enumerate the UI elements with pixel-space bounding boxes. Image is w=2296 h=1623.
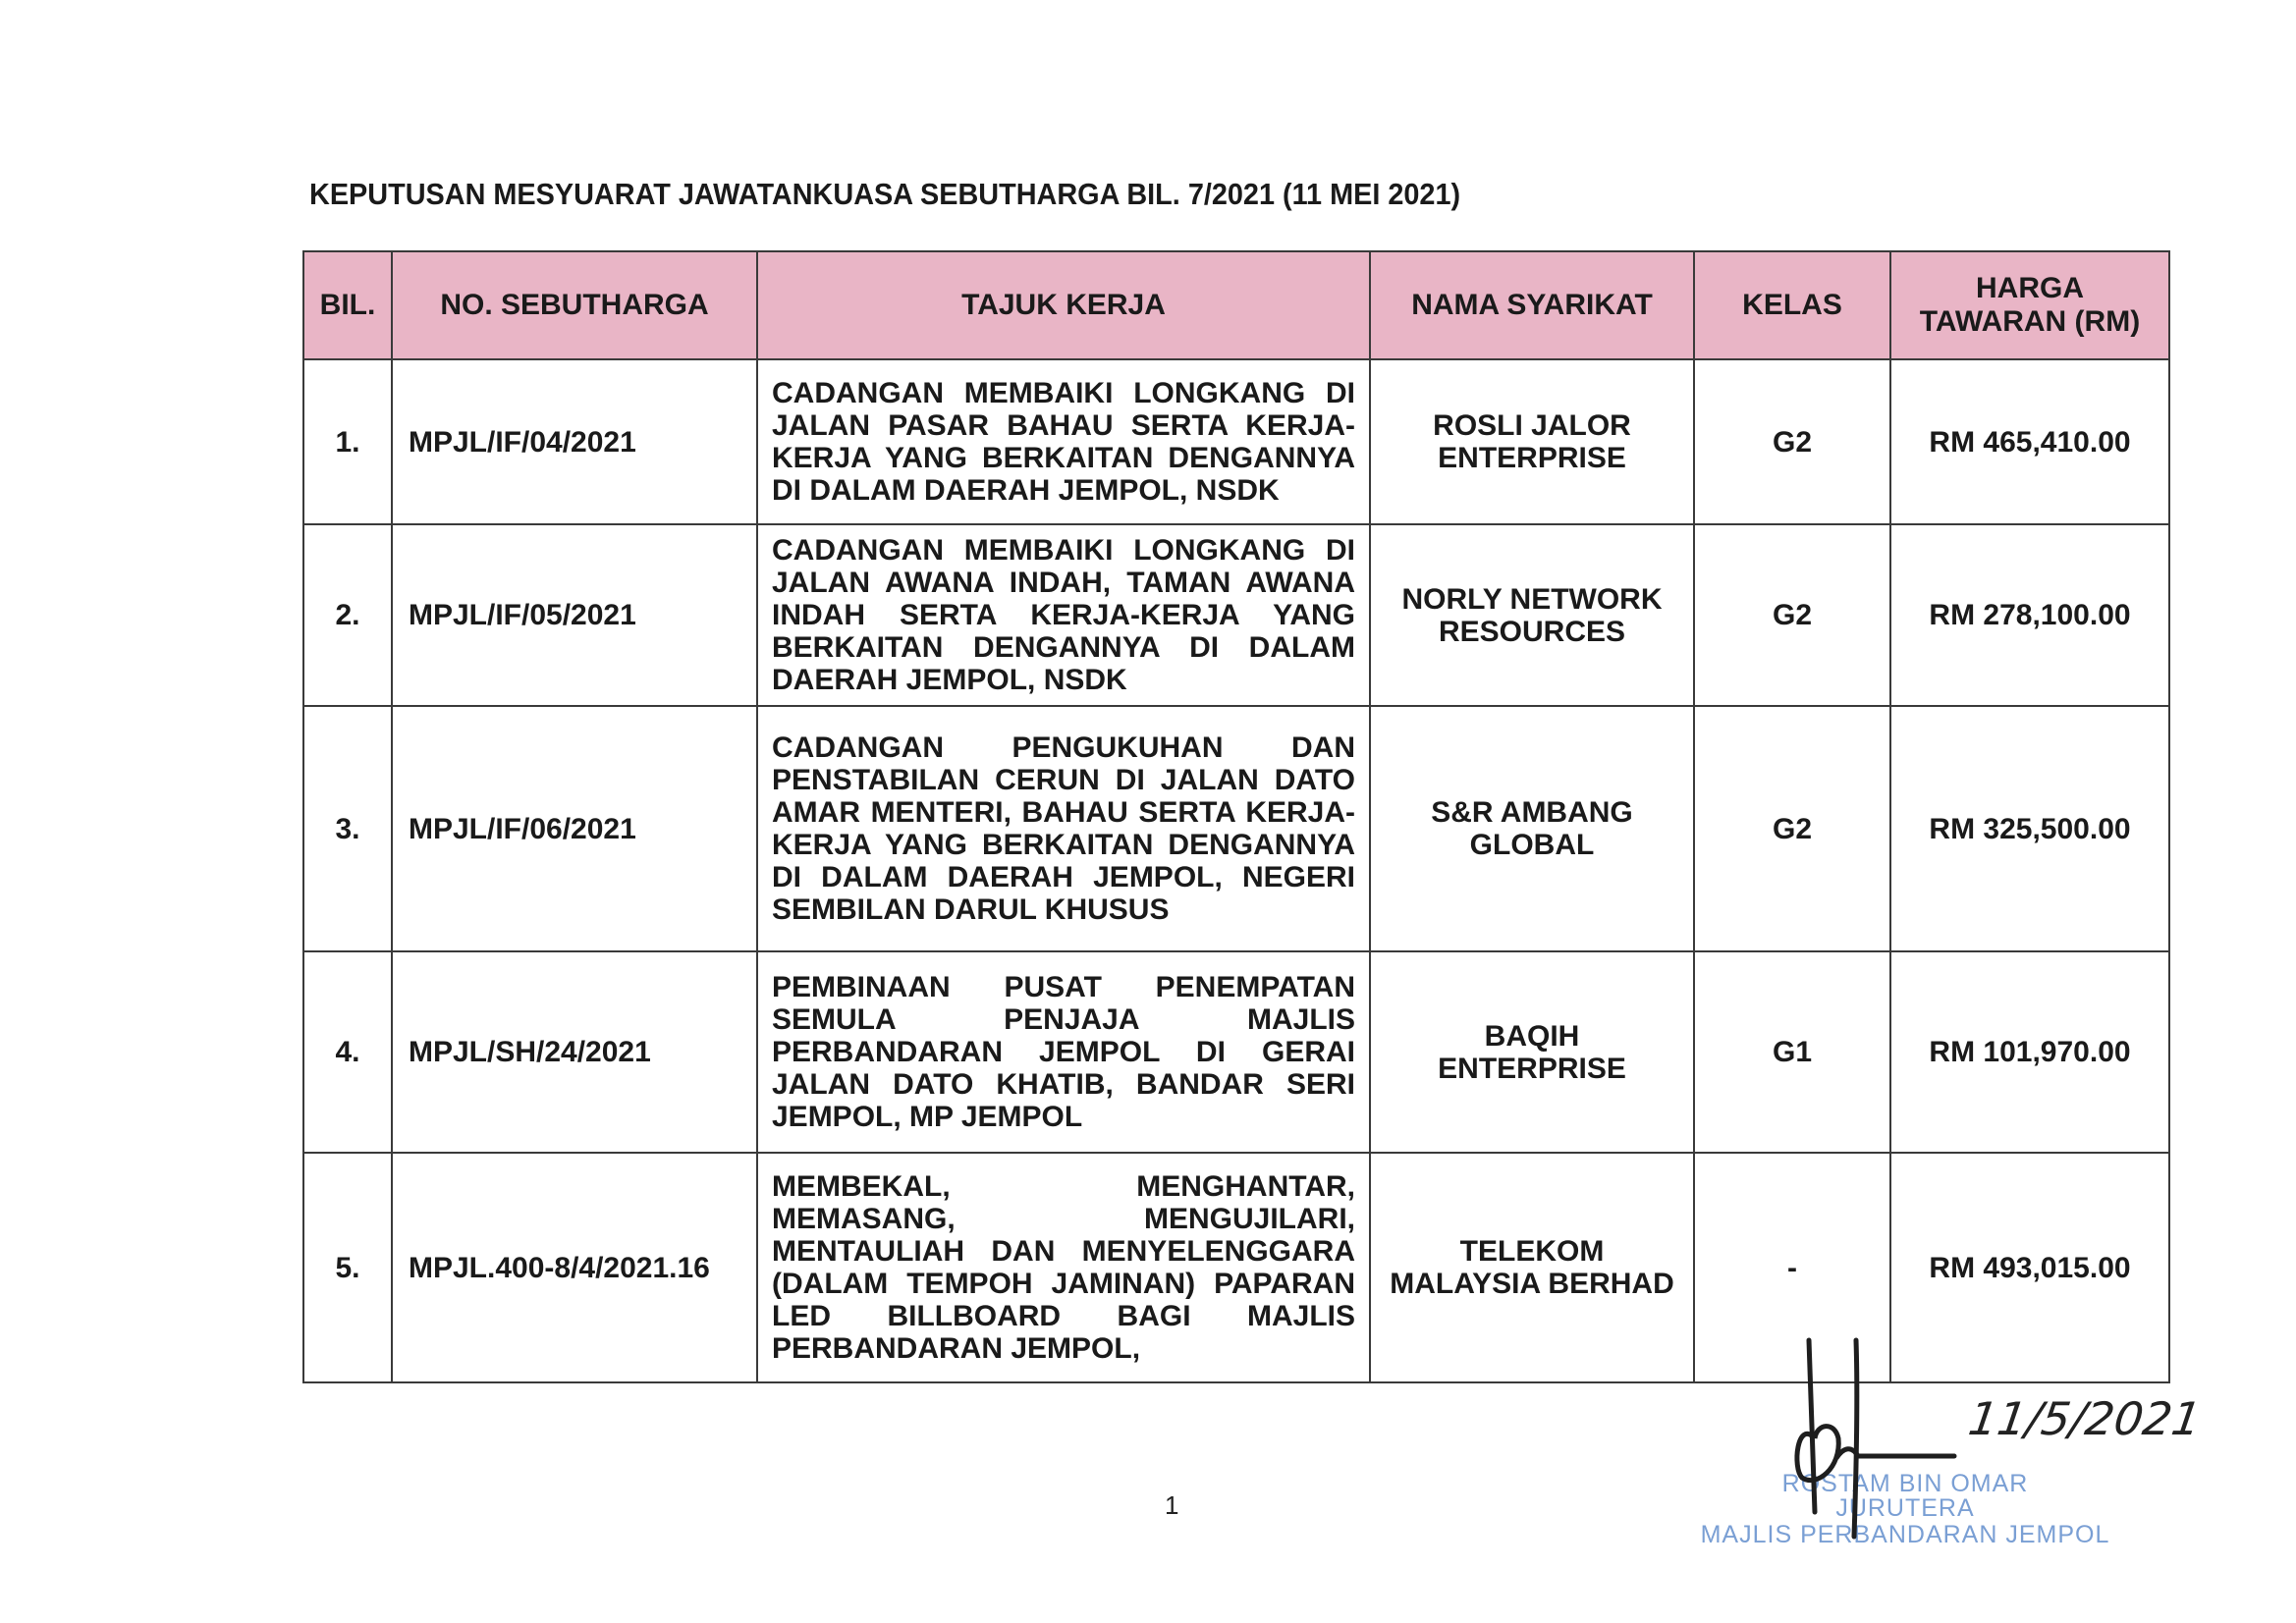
cell-bil: 5. [303,1153,392,1382]
nama-line2: GLOBAL [1381,829,1683,861]
cell-no-sebutharga: MPJL/IF/06/2021 [392,706,757,951]
cell-bil: 3. [303,706,392,951]
header-harga-line2: TAWARAN (RM) [1892,305,2167,339]
cell-nama-syarikat: BAQIH ENTERPRISE [1370,951,1694,1153]
tender-decision-table: BIL. NO. SEBUTHARGA TAJUK KERJA NAMA SYA… [302,250,2170,1383]
cell-nama-syarikat: TELEKOM MALAYSIA BERHAD [1370,1153,1694,1382]
table-row: 4. MPJL/SH/24/2021 PEMBINAAN PUSAT PENEM… [303,951,2169,1153]
cell-harga: RM 101,970.00 [1890,951,2169,1153]
cell-no-sebutharga: MPJL/SH/24/2021 [392,951,757,1153]
nama-line1: ROSLI JALOR [1381,409,1683,442]
header-kelas: KELAS [1694,251,1890,359]
cell-bil: 2. [303,524,392,706]
cell-no-sebutharga: MPJL/IF/05/2021 [392,524,757,706]
handwritten-signature-icon [1787,1330,1964,1546]
header-tajuk-kerja: TAJUK KERJA [757,251,1370,359]
cell-nama-syarikat: S&R AMBANG GLOBAL [1370,706,1694,951]
cell-kelas: G1 [1694,951,1890,1153]
cell-bil: 4. [303,951,392,1153]
nama-line1: TELEKOM [1381,1235,1683,1268]
cell-tajuk-kerja: CADANGAN PENGUKUHAN DAN PENSTABILAN CERU… [757,706,1370,951]
header-harga-tawaran: HARGA TAWARAN (RM) [1890,251,2169,359]
nama-line2: ENTERPRISE [1381,442,1683,474]
cell-kelas: G2 [1694,706,1890,951]
cell-tajuk-kerja: CADANGAN MEMBAIKI LONGKANG DI JALAN AWAN… [757,524,1370,706]
cell-nama-syarikat: ROSLI JALOR ENTERPRISE [1370,359,1694,524]
cell-tajuk-kerja: PEMBINAAN PUSAT PENEMPATAN SEMULA PENJAJ… [757,951,1370,1153]
nama-line1: S&R AMBANG [1381,796,1683,829]
cell-no-sebutharga: MPJL.400-8/4/2021.16 [392,1153,757,1382]
nama-line2: MALAYSIA BERHAD [1381,1268,1683,1300]
table-header-row: BIL. NO. SEBUTHARGA TAJUK KERJA NAMA SYA… [303,251,2169,359]
cell-bil: 1. [303,359,392,524]
nama-line2: RESOURCES [1381,616,1683,648]
cell-nama-syarikat: NORLY NETWORK RESOURCES [1370,524,1694,706]
header-harga-line1: HARGA [1892,272,2167,305]
nama-line1: BAQIH [1381,1020,1683,1053]
page-number: 1 [1165,1490,1178,1521]
cell-kelas: G2 [1694,524,1890,706]
handwritten-date: 11/5/2021 [1965,1392,2204,1445]
table-row: 2. MPJL/IF/05/2021 CADANGAN MEMBAIKI LON… [303,524,2169,706]
table-row: 1. MPJL/IF/04/2021 CADANGAN MEMBAIKI LON… [303,359,2169,524]
cell-harga: RM 465,410.00 [1890,359,2169,524]
header-bil: BIL. [303,251,392,359]
cell-harga: RM 278,100.00 [1890,524,2169,706]
header-nama-syarikat: NAMA SYARIKAT [1370,251,1694,359]
cell-harga: RM 325,500.00 [1890,706,2169,951]
cell-kelas: G2 [1694,359,1890,524]
nama-line2: ENTERPRISE [1381,1053,1683,1085]
cell-tajuk-kerja: MEMBEKAL, MENGHANTAR, MEMASANG, MENGUJIL… [757,1153,1370,1382]
table-row: 3. MPJL/IF/06/2021 CADANGAN PENGUKUHAN D… [303,706,2169,951]
cell-tajuk-kerja: CADANGAN MEMBAIKI LONGKANG DI JALAN PASA… [757,359,1370,524]
header-no-sebutharga: NO. SEBUTHARGA [392,251,757,359]
document-title: KEPUTUSAN MESYUARAT JAWATANKUASA SEBUTHA… [309,177,1460,212]
nama-line1: NORLY NETWORK [1381,583,1683,616]
cell-no-sebutharga: MPJL/IF/04/2021 [392,359,757,524]
